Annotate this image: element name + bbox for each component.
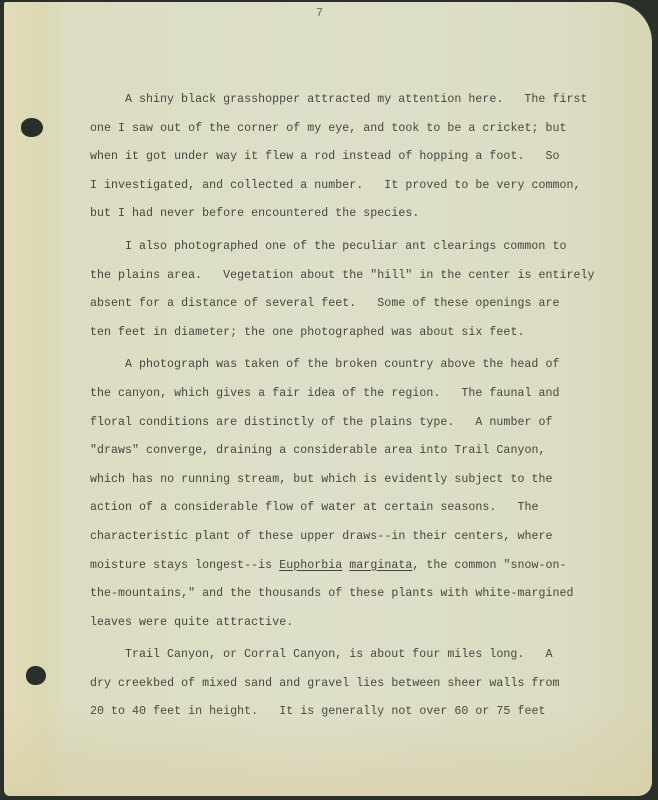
punch-hole-top <box>21 118 43 137</box>
text-line: one I saw out of the corner of my eye, a… <box>90 115 630 144</box>
text-line: absent for a distance of several feet. S… <box>90 290 630 319</box>
punch-hole-bottom <box>26 666 46 685</box>
text-line: action of a considerable flow of water a… <box>90 494 630 523</box>
text-fragment: moisture stays longest--is <box>90 559 279 572</box>
text-line: Trail Canyon, or Corral Canyon, is about… <box>90 641 630 670</box>
text-line: ten feet in diameter; the one photograph… <box>90 319 630 348</box>
text-line: leaves were quite attractive. <box>90 609 630 638</box>
text-fragment: , the common "snow-on- <box>412 559 566 572</box>
text-line: A shiny black grasshopper attracted my a… <box>90 86 630 115</box>
text-line: the canyon, which gives a fair idea of t… <box>90 380 630 409</box>
species-genus-underlined: Euphorbia <box>279 559 342 572</box>
text-line: characteristic plant of these upper draw… <box>90 523 630 552</box>
paragraph-trail-canyon: Trail Canyon, or Corral Canyon, is about… <box>90 641 630 727</box>
paragraph-ant-clearings: I also photographed one of the peculiar … <box>90 233 630 347</box>
text-line: floral conditions are distinctly of the … <box>90 409 630 438</box>
text-line: but I had never before encountered the s… <box>90 200 630 229</box>
text-line: I also photographed one of the peculiar … <box>90 233 630 262</box>
body-text: A shiny black grasshopper attracted my a… <box>90 86 630 727</box>
paragraph-broken-country: A photograph was taken of the broken cou… <box>90 351 630 637</box>
typewritten-page: 7 A shiny black grasshopper attracted my… <box>4 2 652 796</box>
page-number: 7 <box>316 6 323 20</box>
text-line: I investigated, and collected a number. … <box>90 172 630 201</box>
paragraph-grasshopper: A shiny black grasshopper attracted my a… <box>90 86 630 229</box>
text-line: the-mountains," and the thousands of the… <box>90 580 630 609</box>
text-line: the plains area. Vegetation about the "h… <box>90 262 630 291</box>
species-epithet-underlined: marginata <box>349 559 412 572</box>
text-line: which has no running stream, but which i… <box>90 466 630 495</box>
text-line: A photograph was taken of the broken cou… <box>90 351 630 380</box>
text-line-species: moisture stays longest--is Euphorbia mar… <box>90 552 630 581</box>
text-line: 20 to 40 feet in height. It is generally… <box>90 698 630 727</box>
text-line: dry creekbed of mixed sand and gravel li… <box>90 670 630 699</box>
text-line: when it got under way it flew a rod inst… <box>90 143 630 172</box>
text-line: "draws" converge, draining a considerabl… <box>90 437 630 466</box>
